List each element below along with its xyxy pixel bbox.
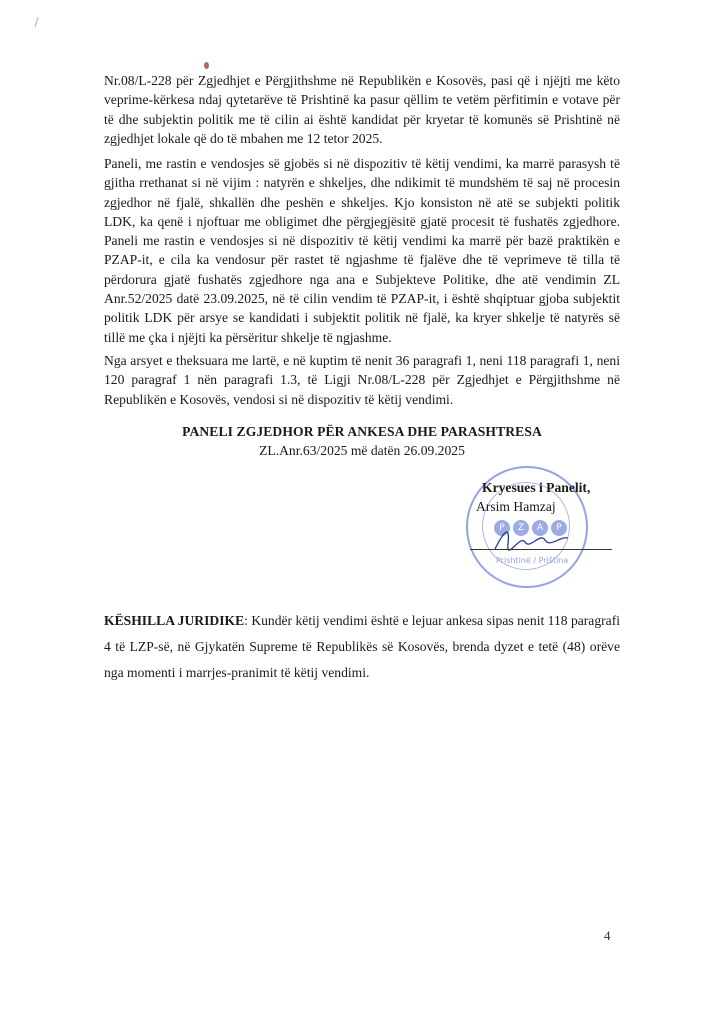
scan-mark <box>34 17 38 27</box>
signatory-title: Kryesues i Panelit, <box>482 480 590 496</box>
paragraph-1: Nr.08/L-228 për Zgjedhjet e Përgjithshme… <box>104 71 620 148</box>
document-page: Nr.08/L-228 për Zgjedhjet e Përgjithshme… <box>0 0 724 1024</box>
panel-title: PANELI ZGJEDHOR PËR ANKESA DHE PARASHTRE… <box>104 424 620 440</box>
legal-advice: KËSHILLA JURIDIKE: Kundër këtij vendimi … <box>104 608 620 686</box>
panel-reference: ZL.Anr.63/2025 më datën 26.09.2025 <box>104 443 620 459</box>
signatory-name: Arsim Hamzaj <box>476 499 556 515</box>
ink-dot <box>204 62 209 69</box>
signature-line <box>470 549 612 550</box>
page-number: 4 <box>604 928 611 944</box>
stamp-bottom-text: Prishtinë / Priština <box>496 556 568 565</box>
legal-advice-label: KËSHILLA JURIDIKE <box>104 613 244 628</box>
paragraph-3: Nga arsyet e theksuara me lartë, e në ku… <box>104 351 620 409</box>
paragraph-2: Paneli, me rastin e vendosjes së gjobës … <box>104 154 620 347</box>
